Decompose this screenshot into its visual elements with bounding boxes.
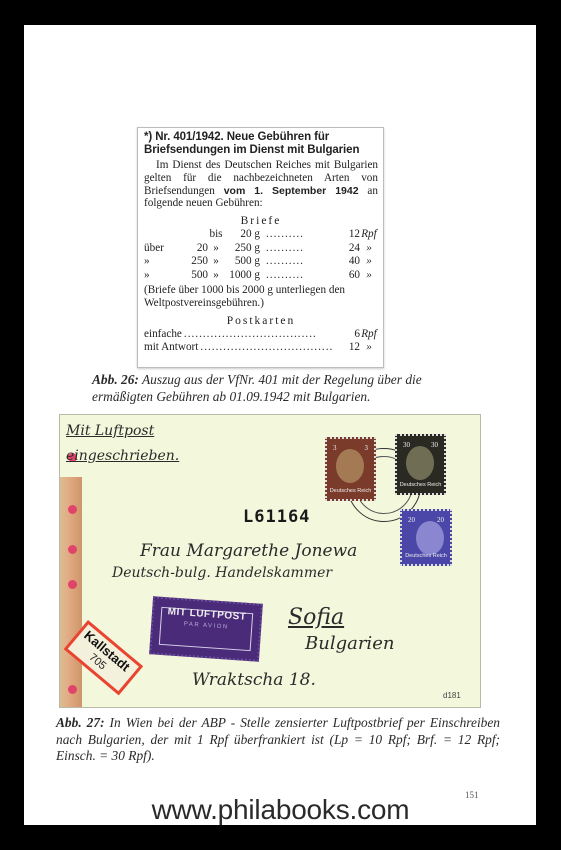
postcard-rate-row: mit Antwort.............................… (144, 341, 378, 355)
postcard-rates-table: einfache................................… (144, 328, 378, 355)
censor-number: d181 (443, 691, 461, 700)
censor-mark (68, 545, 77, 554)
postcards-title: Postkarten (144, 315, 378, 328)
registration-number: L61164 (243, 507, 310, 527)
stamp-20pf: 20 20 Deutsches Reich (400, 509, 452, 566)
postcard-rate-row: einfache................................… (144, 328, 378, 342)
figure-caption-27: Abb. 27: In Wien bei der ABP - Stelle ze… (56, 715, 500, 765)
letter-rate-row: über20»250 g..........24» (144, 242, 378, 256)
airmail-label: MIT LUFTPOST PAR AVION (149, 596, 263, 662)
stamp-30pf: 30 30 Deutsches Reich (395, 434, 446, 495)
letter-rate-row: »250»500 g..........40» (144, 255, 378, 269)
censor-mark (68, 580, 77, 589)
handwriting-registered: eingeschrieben. (66, 448, 179, 464)
envelope-image: Mit Luftpost eingeschrieben. 3 3 Deutsch… (59, 414, 481, 708)
stamp-3pf: 3 3 Deutsches Reich (325, 437, 376, 501)
address-line-2: Deutsch-bulg. Handelskammer (112, 565, 332, 581)
clipping-note: (Briefe über 1000 bis 2000 g unterliegen… (144, 284, 378, 310)
handwriting-airmail: Mit Luftpost (66, 423, 154, 439)
letter-rate-row: bis20 g..........12Rpf (144, 228, 378, 242)
censor-mark (68, 505, 77, 514)
letter-rates-table: bis20 g..........12Rpfüber20»250 g......… (144, 228, 378, 282)
book-page: *) Nr. 401/1942. Neue Gebühren für Brief… (24, 25, 536, 825)
address-city: Sofia (288, 605, 344, 630)
watermark-url: www.philabooks.com (0, 794, 561, 826)
regulation-clipping: *) Nr. 401/1942. Neue Gebühren für Brief… (137, 127, 384, 368)
censor-mark (68, 685, 77, 694)
address-country: Bulgarien (305, 633, 394, 654)
letter-rate-row: »500»1000 g..........60» (144, 269, 378, 283)
hitler-portrait (416, 521, 444, 555)
hindenburg-portrait (406, 446, 434, 480)
letters-title: Briefe (144, 215, 378, 228)
hindenburg-portrait (336, 449, 364, 483)
address-street: Wraktscha 18. (192, 670, 316, 690)
clipping-heading: *) Nr. 401/1942. Neue Gebühren für Brief… (144, 131, 378, 157)
address-line-1: Frau Margarethe Jonewa (140, 541, 357, 561)
figure-caption-26: Abb. 26: Auszug aus der VfNr. 401 mit de… (92, 372, 432, 405)
clipping-paragraph: Im Dienst des Deutschen Reiches mit Bulg… (144, 159, 378, 210)
